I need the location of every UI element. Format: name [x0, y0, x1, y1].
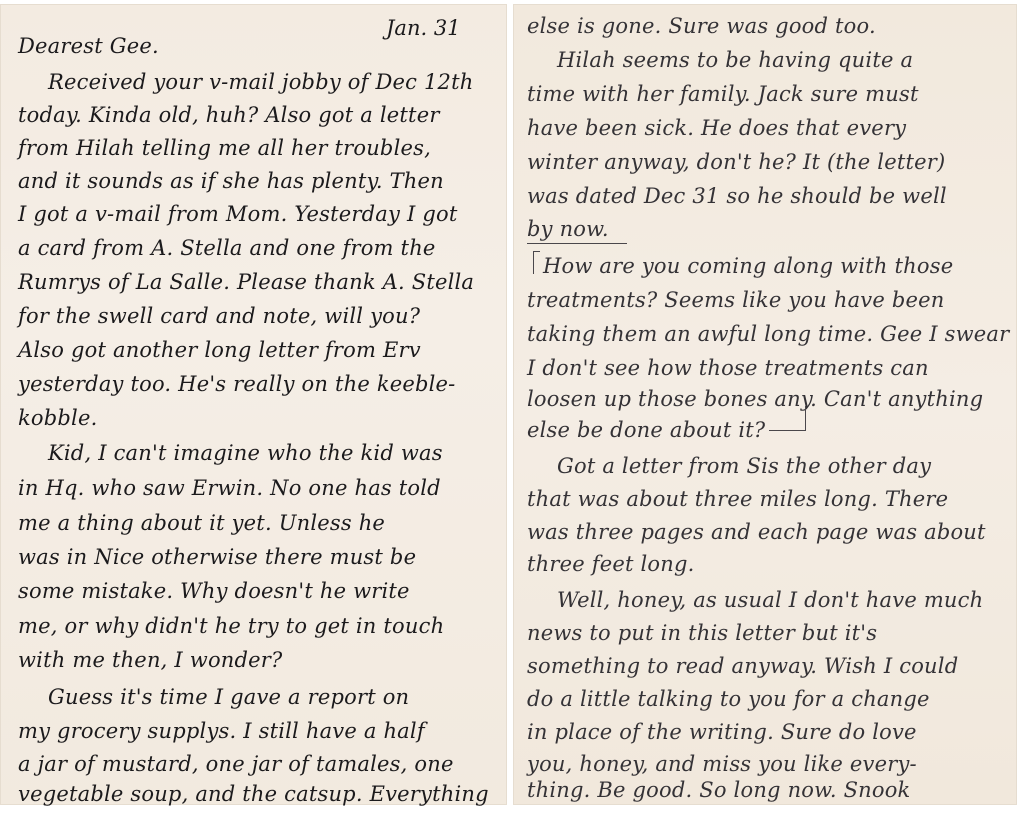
- text-line: Also got another long letter from Erv: [18, 338, 421, 362]
- text-line: How are you coming along with those: [543, 254, 953, 278]
- letter-page-right: else is gone. Sure was good too. Hilah s…: [513, 4, 1017, 805]
- text-line: loosen up those bones any. Can't anythin…: [527, 387, 983, 411]
- salutation: Dearest Gee.: [18, 34, 159, 58]
- text-line: yesterday too. He's really on the keeble…: [18, 372, 455, 396]
- text-line: Guess it's time I gave a report on: [18, 685, 409, 709]
- text-line: I got a v-mail from Mom. Yesterday I got: [18, 202, 457, 226]
- text-line: Hilah seems to be having quite a: [527, 48, 913, 72]
- bracket-close-mark: [769, 406, 806, 431]
- text-line: Got a letter from Sis the other day: [527, 454, 931, 478]
- text-line: do a little talking to you for a change: [527, 687, 930, 711]
- text-line: in Hq. who saw Erwin. No one has told: [18, 476, 441, 500]
- text-line: was in Nice otherwise there must be: [18, 545, 416, 569]
- text-line: taking them an awful long time. Gee I sw…: [527, 322, 1009, 346]
- text-line: you, honey, and miss you like every-: [527, 752, 917, 776]
- letter-page-left: Jan. 31 Dearest Gee. Received your v-mai…: [0, 4, 507, 805]
- text-line: Well, honey, as usual I don't have much: [527, 588, 983, 612]
- text-line: something to read anyway. Wish I could: [527, 654, 958, 678]
- text-line: some mistake. Why doesn't he write: [18, 579, 410, 603]
- text-line: that was about three miles long. There: [527, 487, 948, 511]
- text-line: have been sick. He does that every: [527, 116, 906, 140]
- text-line: for the swell card and note, will you?: [18, 304, 420, 328]
- signature-line: thing. Be good. So long now. Snook: [527, 778, 911, 802]
- text-line: kobble.: [18, 406, 97, 430]
- text-line: and it sounds as if she has plenty. Then: [18, 169, 444, 193]
- text-line: a jar of mustard, one jar of tamales, on…: [18, 752, 454, 776]
- text-line: news to put in this letter but it's: [527, 621, 877, 645]
- left-page-text: Dearest Gee. Received your v-mail jobby …: [0, 4, 507, 805]
- text-line: a card from A. Stella and one from the: [18, 236, 436, 260]
- text-line: my grocery supplys. I still have a half: [18, 719, 425, 743]
- text-line: me, or why didn't he try to get in touch: [18, 614, 444, 638]
- text-line: Kid, I can't imagine who the kid was: [18, 441, 443, 465]
- text-line: Rumrys of La Salle. Please thank A. Stel…: [18, 270, 474, 294]
- text-line: me a thing about it yet. Unless he: [18, 511, 385, 535]
- text-line: winter anyway, don't he? It (the letter): [527, 150, 945, 174]
- text-line: Received your v-mail jobby of Dec 12th: [18, 70, 473, 94]
- text-line: else be done about it?: [527, 418, 765, 442]
- text-line: I don't see how those treatments can: [527, 356, 929, 380]
- text-line: three feet long.: [527, 552, 694, 576]
- text-line: was dated Dec 31 so he should be well: [527, 184, 947, 208]
- text-line: time with her family. Jack sure must: [527, 82, 919, 106]
- text-line: treatments? Seems like you have been: [527, 288, 945, 312]
- text-line: today. Kinda old, huh? Also got a letter: [18, 103, 440, 127]
- underline-mark: [527, 243, 627, 244]
- text-line: by now.: [527, 217, 609, 241]
- text-line: vegetable soup, and the catsup. Everythi…: [18, 782, 489, 806]
- text-line: in place of the writing. Sure do love: [527, 720, 917, 744]
- text-line: was three pages and each page was about: [527, 520, 986, 544]
- text-line: else is gone. Sure was good too.: [527, 14, 876, 38]
- text-line: from Hilah telling me all her troubles,: [18, 136, 431, 160]
- bracket-open-mark: [533, 251, 540, 274]
- right-page-text: else is gone. Sure was good too. Hilah s…: [513, 4, 1017, 805]
- text-line: with me then, I wonder?: [18, 648, 283, 672]
